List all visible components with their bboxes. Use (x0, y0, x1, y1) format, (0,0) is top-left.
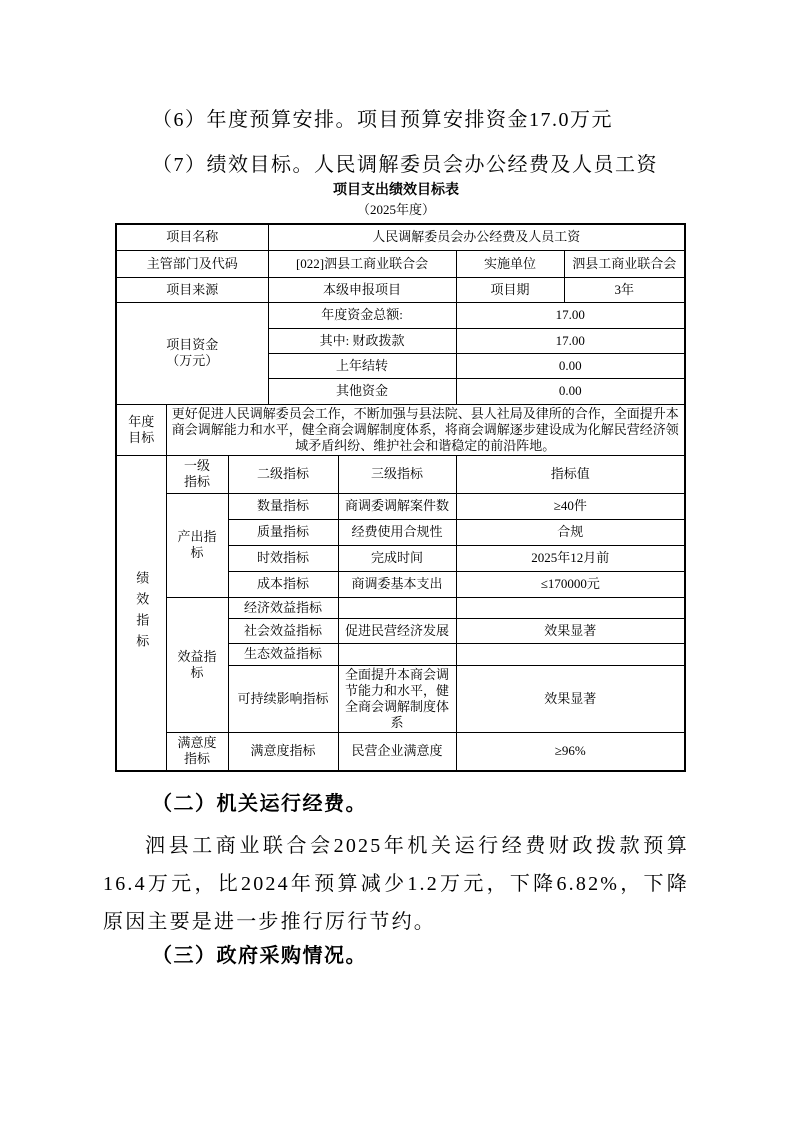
indicator-level3: 全面提升本商会调节能力和水平，健全商会调解制度体系 (338, 665, 456, 732)
output-group-label: 产出指 标 (166, 493, 228, 597)
source-value: 本级申报项目 (268, 277, 456, 302)
source-label: 项目来源 (116, 277, 268, 302)
indicator-value: 效果显著 (456, 618, 685, 643)
performance-target-table: 项目名称 人民调解委员会办公经费及人员工资 主管部门及代码 [022]泗县工商业… (115, 223, 686, 772)
indicator-level2: 质量指标 (228, 519, 338, 545)
paragraph-performance-goal: （7）绩效目标。人民调解委员会办公经费及人员工资 (103, 151, 689, 179)
header-level1: 一级 指标 (166, 455, 228, 493)
funds-carryover-label: 上年结转 (268, 353, 456, 378)
indicator-value (456, 643, 685, 665)
table-row: 项目资金 （万元） 年度资金总额: 17.00 (116, 302, 685, 328)
project-name-value: 人民调解委员会办公经费及人员工资 (268, 224, 685, 250)
table-row: 绩效指标 一级 指标 二级指标 三级指标 指标值 (116, 455, 685, 493)
indicator-level2: 数量指标 (228, 493, 338, 519)
indicator-level3: 商调委调解案件数 (338, 493, 456, 519)
funds-total-label: 年度资金总额: (268, 302, 456, 328)
indicator-level2: 生态效益指标 (228, 643, 338, 665)
indicator-value: ≥96% (456, 732, 685, 771)
impl-unit-label: 实施单位 (456, 250, 564, 277)
header-level2: 二级指标 (228, 455, 338, 493)
table-row: 项目名称 人民调解委员会办公经费及人员工资 (116, 224, 685, 250)
table-title: 项目支出绩效目标表 (103, 182, 689, 200)
indicator-level3: 民营企业满意度 (338, 732, 456, 771)
table-row: 效益指 标 经济效益指标 (116, 597, 685, 618)
indicator-value (456, 597, 685, 618)
period-label: 项目期 (456, 277, 564, 302)
benefit-group-label: 效益指 标 (166, 597, 228, 732)
indicator-level3: 促进民营经济发展 (338, 618, 456, 643)
indicator-value: 合规 (456, 519, 685, 545)
indicator-level3: 经费使用合规性 (338, 519, 456, 545)
section-heading-agency-operating-expenses: （二）机关运行经费。 (103, 790, 689, 818)
table-row: 满意度 指标 满意度指标 民营企业满意度 ≥96% (116, 732, 685, 771)
period-value: 3年 (564, 277, 685, 302)
performance-indicator-label: 绩效指标 (116, 455, 166, 771)
section-heading-government-procurement: （三）政府采购情况。 (103, 942, 689, 970)
indicator-value: ≥40件 (456, 493, 685, 519)
funds-other-label: 其他资金 (268, 378, 456, 404)
indicator-level3: 商调委基本支出 (338, 571, 456, 597)
impl-unit-value: 泗县工商业联合会 (564, 250, 685, 277)
indicator-level2: 满意度指标 (228, 732, 338, 771)
paragraph-budget-arrangement: （6）年度预算安排。项目预算安排资金17.0万元 (103, 106, 689, 134)
annual-goal-label: 年度 目标 (116, 404, 166, 455)
department-label: 主管部门及代码 (116, 250, 268, 277)
indicator-level2: 社会效益指标 (228, 618, 338, 643)
table-row: 年度 目标 更好促进人民调解委员会工作，不断加强与县法院、县人社局及律所的合作，… (116, 404, 685, 455)
project-name-label: 项目名称 (116, 224, 268, 250)
indicator-value: 2025年12月前 (456, 545, 685, 571)
funds-carryover-value: 0.00 (456, 353, 685, 378)
indicator-level3: 完成时间 (338, 545, 456, 571)
indicator-value: ≤170000元 (456, 571, 685, 597)
department-value: [022]泗县工商业联合会 (268, 250, 456, 277)
table-row: 产出指 标 数量指标 商调委调解案件数 ≥40件 (116, 493, 685, 519)
funds-other-value: 0.00 (456, 378, 685, 404)
table-subtitle-year: （2025年度） (103, 201, 689, 218)
indicator-level2: 可持续影响指标 (228, 665, 338, 732)
section-paragraph-agency-operating-expenses: 泗县工商业联合会2025年机关运行经费财政拨款预算16.4万元，比2024年预算… (103, 827, 689, 941)
annual-goal-text: 更好促进人民调解委员会工作，不断加强与县法院、县人社局及律所的合作，全面提升本商… (166, 404, 685, 455)
performance-indicator-vertical-text: 绩效指标 (133, 571, 149, 655)
header-value: 指标值 (456, 455, 685, 493)
table-row: 主管部门及代码 [022]泗县工商业联合会 实施单位 泗县工商业联合会 (116, 250, 685, 277)
funds-total-value: 17.00 (456, 302, 685, 328)
indicator-level2: 成本指标 (228, 571, 338, 597)
header-level3: 三级指标 (338, 455, 456, 493)
document-page: （6）年度预算安排。项目预算安排资金17.0万元 （7）绩效目标。人民调解委员会… (0, 106, 793, 970)
satisfaction-group-label: 满意度 指标 (166, 732, 228, 771)
funds-fiscal-value: 17.00 (456, 328, 685, 353)
table-row: 项目来源 本级申报项目 项目期 3年 (116, 277, 685, 302)
indicator-level2: 经济效益指标 (228, 597, 338, 618)
indicator-value: 效果显著 (456, 665, 685, 732)
funds-fiscal-label: 其中: 财政拨款 (268, 328, 456, 353)
indicator-level3 (338, 643, 456, 665)
indicator-level2: 时效指标 (228, 545, 338, 571)
funds-label: 项目资金 （万元） (116, 302, 268, 404)
indicator-level3 (338, 597, 456, 618)
